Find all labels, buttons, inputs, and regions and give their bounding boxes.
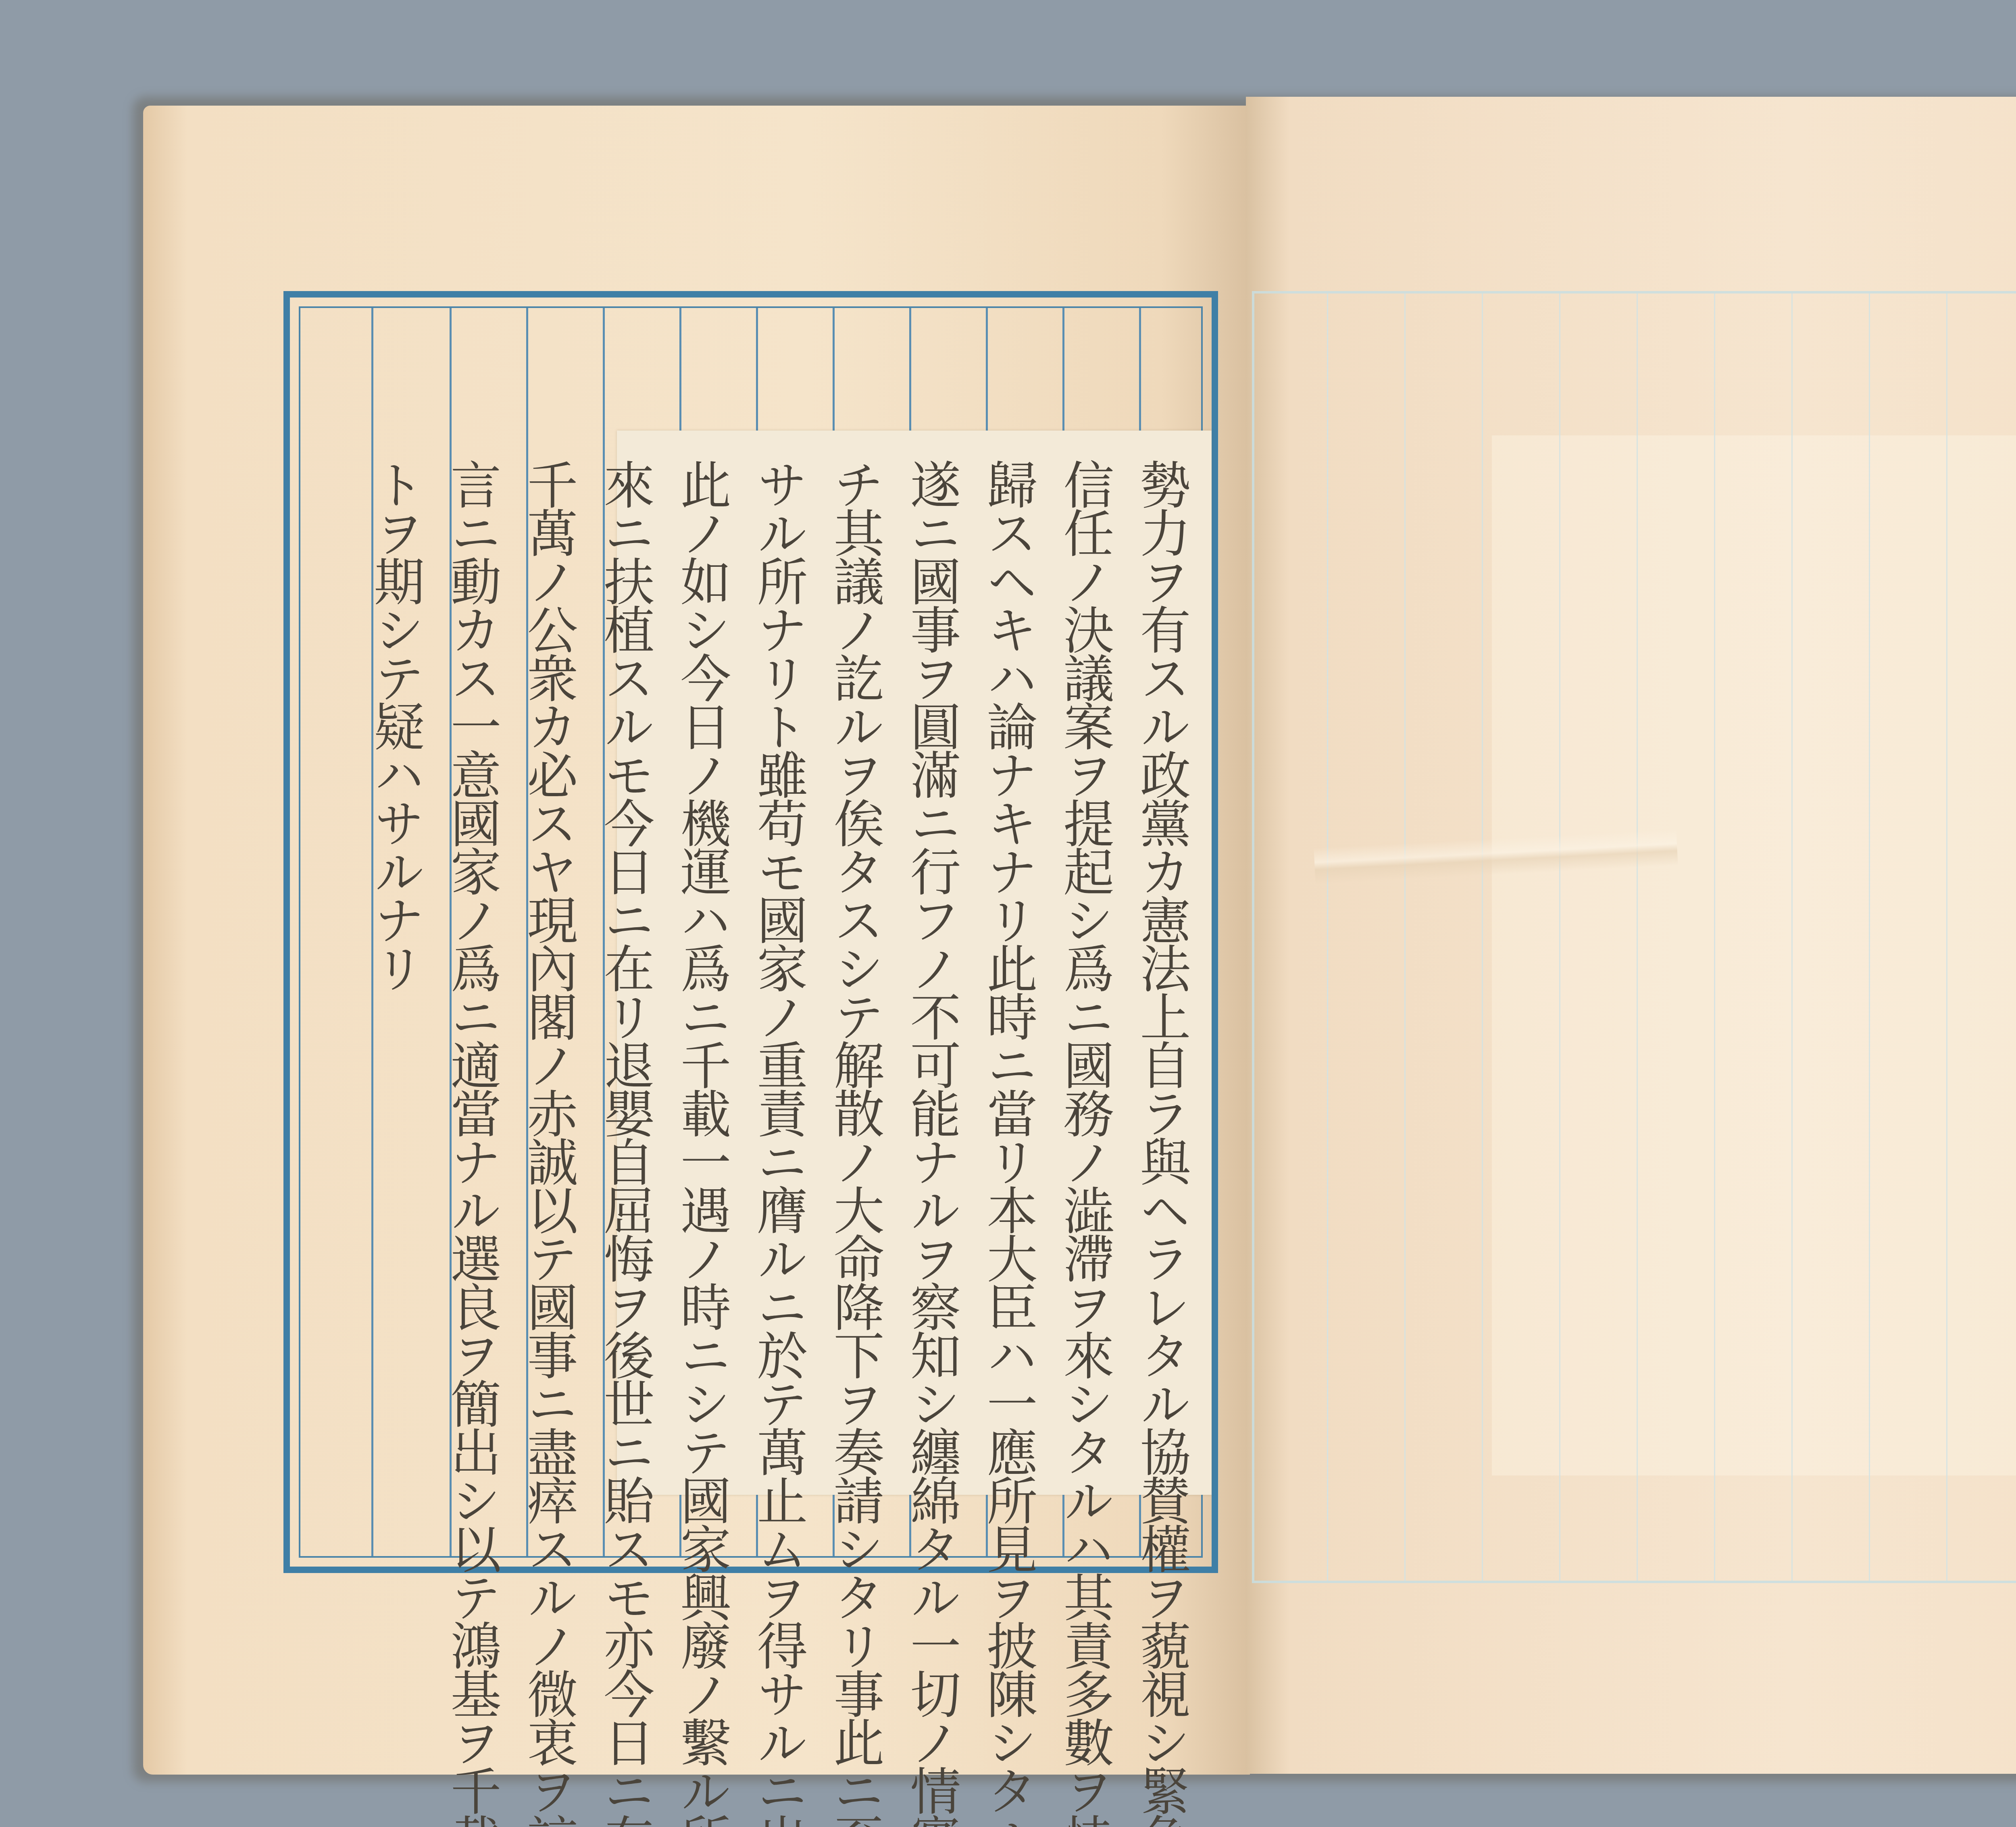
- text-column: 千萬ノ公衆カ必スヤ現內閣ノ赤誠以テ國事ニ盡瘁スルノ微衷ヲ諒トシ猥ニ虛構ノ說ニ惑ハ…: [510, 459, 587, 1483]
- column-rule: [1946, 293, 1947, 1581]
- text-column: トヲ期シテ疑ハサルナリ: [357, 459, 433, 1483]
- column-rule: [1869, 293, 1870, 1581]
- text-column: 此ノ如シ今日ノ機運ハ爲ニ千載一遇ノ時ニシテ國家興廢ノ繫ル所洵ニ至重至大ナリ帝國ノ…: [663, 459, 740, 1483]
- text-column: 遂ニ國事ヲ圓滿ニ行フノ不可能ナルヲ察知シ纏綿タル一切ノ情實ヲ排斥シテ議院ノ肅清ヲ…: [893, 459, 970, 1483]
- column-rule: [1327, 293, 1328, 1581]
- pasted-text-slip: 勢力ヲ有スル政黨カ憲法上自ラ與ヘラレタル協賛權ヲ藐視シ緊急重要ノ議事ヲ放擲シ驀然…: [617, 431, 1212, 1495]
- column-rule: [1559, 293, 1560, 1581]
- text-column: サル所ナリト雖苟モ國家ノ重責ニ膺ルニ於テ萬止ムヲ得サルニ出テタリ衆議院解散ノ顚末…: [740, 459, 816, 1483]
- text-column: 勢力ヲ有スル政黨カ憲法上自ラ與ヘラレタル協賛權ヲ藐視シ緊急重要ノ議事ヲ放擲シ驀然…: [1123, 459, 1200, 1483]
- text-column: 來ニ扶植スルモ今日ニ在リ退嬰自屈悔ヲ後世ニ貽スモ亦今日ニ存ス本大臣ハ君國ニ忠實ナ…: [587, 459, 663, 1483]
- column-rule: [1404, 293, 1406, 1581]
- text-column: チ其議ノ訖ルヲ俟タスシテ解散ノ大命降下ヲ奏請シタリ事此ニ至リタルハ本大臣ノ特ニ遺…: [816, 459, 893, 1483]
- column-rule: [1482, 293, 1483, 1581]
- text-columns: 勢力ヲ有スル政黨カ憲法上自ラ與ヘラレタル協賛權ヲ藐視シ緊急重要ノ議事ヲ放擲シ驀然…: [357, 459, 1200, 1483]
- text-column: 歸スヘキハ論ナキナリ此時ニ當リ本大臣ハ一應所見ヲ披陳シタルモ大勢既ニ定リテ復動ス…: [970, 459, 1046, 1483]
- column-rule: [1791, 293, 1793, 1581]
- column-rule: [1714, 293, 1715, 1581]
- column-rule: [1637, 293, 1638, 1581]
- text-column: 言ニ動カス一意國家ノ爲ニ適當ナル選良ヲ簡出シ以テ鴻基ヲ千載ニ固クシ國光ヲ中外ニ宣…: [433, 459, 510, 1483]
- text-column: 信任ノ決議案ヲ提起シ爲ニ國務ノ澁滯ヲ來シタルハ其責多數ヲ恃ミ非理ヲ遂行セントシタ…: [1046, 459, 1123, 1483]
- right-page-frame: [1252, 291, 2016, 1583]
